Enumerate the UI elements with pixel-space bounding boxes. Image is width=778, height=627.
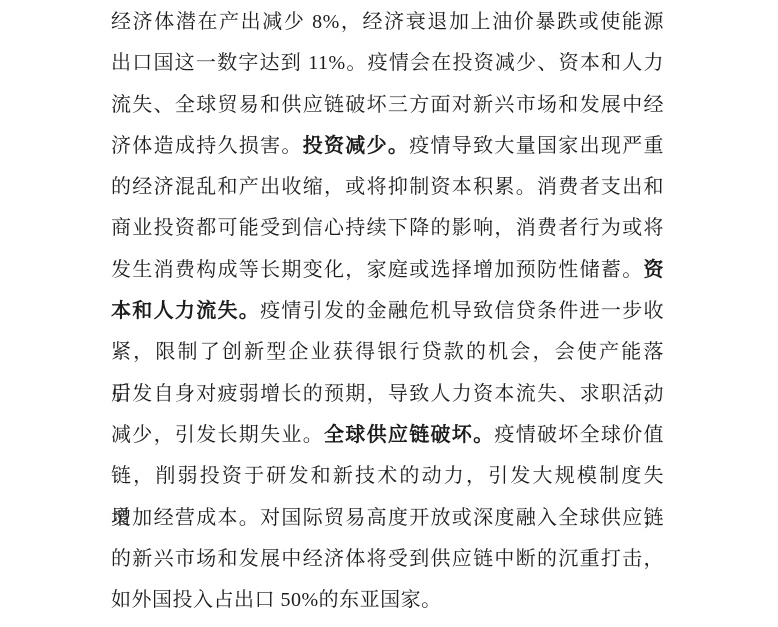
text-line: 链，削弱投资于研发和新技术的动力，引发大规模制度失灵，	[111, 456, 664, 497]
text-segment: 减少，引发长期失业。	[111, 424, 324, 446]
paragraph: 经济体潜在产出减少 8%，经济衰退加上油价暴跌或使能源出口国这一数字达到 11%…	[111, 2, 664, 621]
text-segment: 的新兴市场和发展中经济体将受到供应链中断的沉重打击，	[111, 548, 664, 570]
text-line: 经济体潜在产出减少 8%，经济衰退加上油价暴跌或使能源	[111, 2, 664, 43]
text-segment: 疫情引发的金融危机导致信贷条件进一步收	[260, 300, 664, 322]
text-line: 如外国投入占出口 50%的东亚国家。	[111, 580, 664, 621]
text-line: 的经济混乱和产出收缩，或将抑制资本积累。消费者支出和	[111, 167, 664, 208]
text-segment: 疫情导致大量国家出现严重	[409, 135, 664, 157]
text-line: 紧，限制了创新型企业获得银行贷款的机会，会使产能落后，	[111, 332, 664, 373]
text-segment: 出口国这一数字达到 11%。疫情会在投资减少、资本和人力	[111, 52, 664, 74]
text-segment: 流失、全球贸易和供应链破坏三方面对新兴市场和发展中经	[111, 94, 664, 116]
text-line: 发生消费构成等长期变化，家庭或选择增加预防性储蓄。资	[111, 250, 664, 291]
text-segment: 引发自身对疲弱增长的预期，导致人力资本流失、求职活动	[111, 383, 664, 405]
bold-phrase: 投资减少。	[303, 135, 410, 157]
text-segment: 商业投资都可能受到信心持续下降的影响，消费者行为或将	[111, 217, 664, 239]
text-line: 减少，引发长期失业。全球供应链破坏。疫情破坏全球价值	[111, 415, 664, 456]
text-line: 济体造成持久损害。投资减少。疫情导致大量国家出现严重	[111, 126, 664, 167]
text-segment: 发生消费构成等长期变化，家庭或选择增加预防性储蓄。	[111, 259, 644, 281]
text-line: 增加经营成本。对国际贸易高度开放或深度融入全球供应链	[111, 498, 664, 539]
text-segment: 如外国投入占出口 50%的东亚国家。	[111, 589, 442, 611]
text-segment: 增加经营成本。对国际贸易高度开放或深度融入全球供应链	[111, 507, 664, 529]
bold-phrase: 资	[644, 259, 665, 281]
bold-phrase: 全球供应链破坏。	[324, 424, 494, 446]
text-segment: 疫情破坏全球价值	[494, 424, 664, 446]
text-line: 引发自身对疲弱增长的预期，导致人力资本流失、求职活动	[111, 374, 664, 415]
text-line: 商业投资都可能受到信心持续下降的影响，消费者行为或将	[111, 208, 664, 249]
text-line: 的新兴市场和发展中经济体将受到供应链中断的沉重打击，	[111, 539, 664, 580]
document-page: 经济体潜在产出减少 8%，经济衰退加上油价暴跌或使能源出口国这一数字达到 11%…	[0, 0, 778, 627]
text-segment: 的经济混乱和产出收缩，或将抑制资本积累。消费者支出和	[111, 176, 664, 198]
text-line: 出口国这一数字达到 11%。疫情会在投资减少、资本和人力	[111, 43, 664, 84]
text-line: 流失、全球贸易和供应链破坏三方面对新兴市场和发展中经	[111, 85, 664, 126]
bold-phrase: 本和人力流失。	[111, 300, 260, 322]
text-line: 本和人力流失。疫情引发的金融危机导致信贷条件进一步收	[111, 291, 664, 332]
text-segment: 济体造成持久损害。	[111, 135, 303, 157]
text-segment: 经济体潜在产出减少 8%，经济衰退加上油价暴跌或使能源	[111, 11, 664, 33]
